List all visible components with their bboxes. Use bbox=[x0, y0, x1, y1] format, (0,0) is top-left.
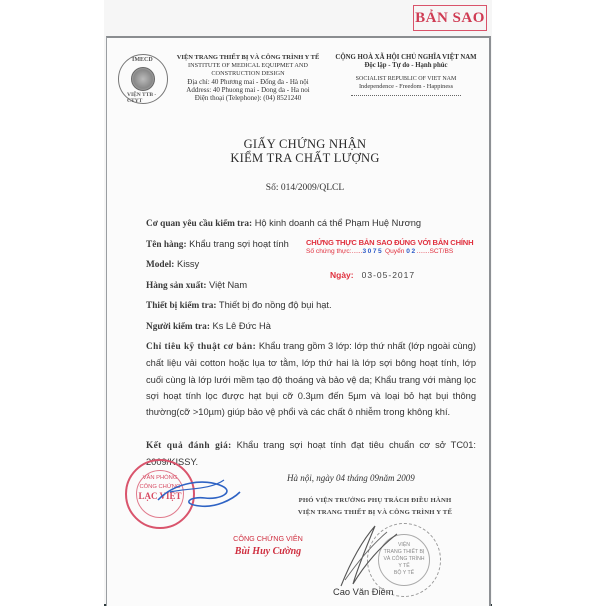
cert-number-label: Số chứng thực: bbox=[306, 248, 351, 255]
institute-seal-line-2: TRANG THIẾT BỊ bbox=[368, 549, 440, 556]
field-test-equipment: Thiết bị kiểm tra: Thiết bị đo nồng độ b… bbox=[146, 300, 332, 311]
evaluation-result: Kết quả đánh giá: Khẩu trang sợi hoạt tí… bbox=[146, 437, 476, 471]
republic-name-vi: CỘNG HOÀ XÃ HỘI CHỦ NGHĨA VIỆT NAM bbox=[320, 54, 492, 62]
notary-block: CÔNG CHỨNG VIÊN Bùi Huy Cường bbox=[218, 534, 318, 557]
notary-name: Bùi Huy Cường bbox=[218, 546, 318, 557]
field-value: Kissy bbox=[174, 259, 199, 269]
field-value: Ks Lê Đức Hà bbox=[210, 321, 271, 331]
institute-seal: VIỆN TRANG THIẾT BỊ VÀ CÔNG TRÌNH Y TẾ B… bbox=[367, 523, 441, 597]
field-value: Việt Nam bbox=[206, 280, 247, 290]
notary-office-seal: VĂN PHÒNG CÔNG CHỨNG LẠC VIỆT bbox=[125, 459, 195, 529]
copy-stamp: BẢN SAO bbox=[413, 5, 487, 31]
republic-motto-en: Independence - Freedom - Happiness bbox=[320, 83, 492, 91]
republic-header: CỘNG HOÀ XÃ HỘI CHỦ NGHĨA VIỆT NAM Độc l… bbox=[320, 54, 492, 96]
field-manufacturer: Hàng sản xuất: Việt Nam bbox=[146, 280, 247, 291]
imecd-logo-icon: IMECD VIỆN TTB - CTYT bbox=[118, 54, 168, 104]
institute-seal-line-3: VÀ CÔNG TRÌNH bbox=[368, 556, 440, 563]
field-label: Cơ quan yêu cầu kiểm tra: bbox=[146, 219, 252, 229]
logo-top-text: IMECD bbox=[132, 57, 153, 63]
field-product-name: Tên hàng: Khẩu trang sợi hoạt tính bbox=[146, 239, 289, 250]
field-inspector: Người kiểm tra: Ks Lê Đức Hà bbox=[146, 321, 271, 332]
signatory-title-line-2: VIỆN TRANG THIẾT BỊ VÀ CÔNG TRÌNH Y TẾ bbox=[270, 507, 480, 519]
specs-value: Khẩu trang gồm 3 lớp: lớp thứ nhất (lớp … bbox=[146, 341, 476, 417]
institute-seal-line-1: VIỆN bbox=[368, 542, 440, 549]
document-number: Số: 014/2009/QLCL bbox=[200, 183, 410, 193]
notary-seal-line-1: VĂN PHÒNG bbox=[127, 474, 193, 483]
title-line-2: KIỂM TRA CHẤT LƯỢNG bbox=[200, 151, 410, 165]
institute-name-en-1: INSTITUTE OF MEDICAL EQUIPMET AND bbox=[172, 62, 324, 70]
notary-title: CÔNG CHỨNG VIÊN bbox=[218, 534, 318, 543]
institute-name-vi: VIỆN TRANG THIẾT BỊ VÀ CÔNG TRÌNH Y TẾ bbox=[172, 54, 324, 62]
cert-book-number: 02 bbox=[406, 248, 416, 255]
cert-date-value: 03-05-2017 bbox=[362, 270, 415, 280]
field-value: Khẩu trang sợi hoạt tính bbox=[187, 239, 289, 249]
cert-number: 3075 bbox=[362, 248, 383, 255]
institute-header: VIỆN TRANG THIẾT BỊ VÀ CÔNG TRÌNH Y TẾ I… bbox=[172, 54, 324, 102]
field-value: Hộ kinh doanh cá thể Phạm Huệ Nương bbox=[252, 218, 421, 228]
signatory-name: Cao Văn Điềm bbox=[333, 587, 393, 597]
cert-date-label: Ngày: bbox=[330, 270, 354, 280]
institute-seal-line-5: BỘ Y TẾ bbox=[368, 570, 440, 577]
document-title: GIẤY CHỨNG NHẬN KIỂM TRA CHẤT LƯỢNG bbox=[200, 137, 410, 165]
signing-date: Hà nội, ngày 04 tháng 09năm 2009 bbox=[287, 473, 415, 483]
republic-name-en: SOCIALIST REPUBLIC OF VIET NAM bbox=[320, 75, 492, 83]
field-requesting-agency: Cơ quan yêu cầu kiểm tra: Hộ kinh doanh … bbox=[146, 218, 421, 229]
logo-bottom-text: VIỆN TTB - CTYT bbox=[127, 92, 167, 104]
institute-name-en-2: CONSTRUCTION DESIGN bbox=[172, 70, 324, 78]
signatory-title-line-1: PHÓ VIỆN TRƯỞNG PHỤ TRÁCH ĐIỀU HÀNH bbox=[270, 495, 480, 507]
institute-phone: Điện thoại (Telephone): (04) 8521240 bbox=[172, 94, 324, 102]
specs-label: Chỉ tiêu kỹ thuật cơ bản: bbox=[146, 342, 256, 352]
technical-specs: Chỉ tiêu kỹ thuật cơ bản: Khẩu trang gồm… bbox=[146, 338, 476, 420]
title-line-1: GIẤY CHỨNG NHẬN bbox=[200, 137, 410, 151]
field-label: Hàng sản xuất: bbox=[146, 281, 206, 291]
signatory-title: PHÓ VIỆN TRƯỞNG PHỤ TRÁCH ĐIỀU HÀNH VIỆN… bbox=[270, 495, 480, 519]
field-label: Thiết bị kiểm tra: bbox=[146, 301, 217, 311]
field-value: Thiết bị đo nồng độ bụi hạt. bbox=[217, 300, 332, 310]
institute-seal-line-4: Y TẾ bbox=[368, 563, 440, 570]
cert-book-label: Quyển bbox=[385, 248, 404, 255]
field-model: Model: Kissy bbox=[146, 259, 199, 270]
result-label: Kết quả đánh giá: bbox=[146, 441, 232, 451]
cert-date-line: Ngày:03-05-2017 bbox=[330, 270, 415, 280]
cert-suffix: SCT/BS bbox=[429, 248, 453, 255]
field-label: Người kiểm tra: bbox=[146, 322, 210, 332]
header-divider bbox=[351, 95, 461, 96]
field-label: Tên hàng: bbox=[146, 240, 187, 250]
cert-number-line: Số chứng thực:......3075 Quyển 02.......… bbox=[306, 248, 473, 255]
institute-address-vi: Địa chỉ: 40 Phương mai - Đống đa - Hà nộ… bbox=[172, 78, 324, 86]
cert-heading: CHỨNG THỰC BẢN SAO ĐÚNG VỚI BẢN CHÍNH bbox=[306, 238, 473, 247]
logo-emblem bbox=[131, 67, 155, 91]
field-label: Model: bbox=[146, 260, 174, 270]
republic-motto-vi: Độc lập - Tự do - Hạnh phúc bbox=[320, 62, 492, 70]
institute-address-en: Address: 40 Phuong mai - Dong da - Ha no… bbox=[172, 86, 324, 94]
notary-seal-line-3: LẠC VIỆT bbox=[127, 492, 193, 501]
certification-stamp: CHỨNG THỰC BẢN SAO ĐÚNG VỚI BẢN CHÍNH Số… bbox=[306, 238, 473, 255]
